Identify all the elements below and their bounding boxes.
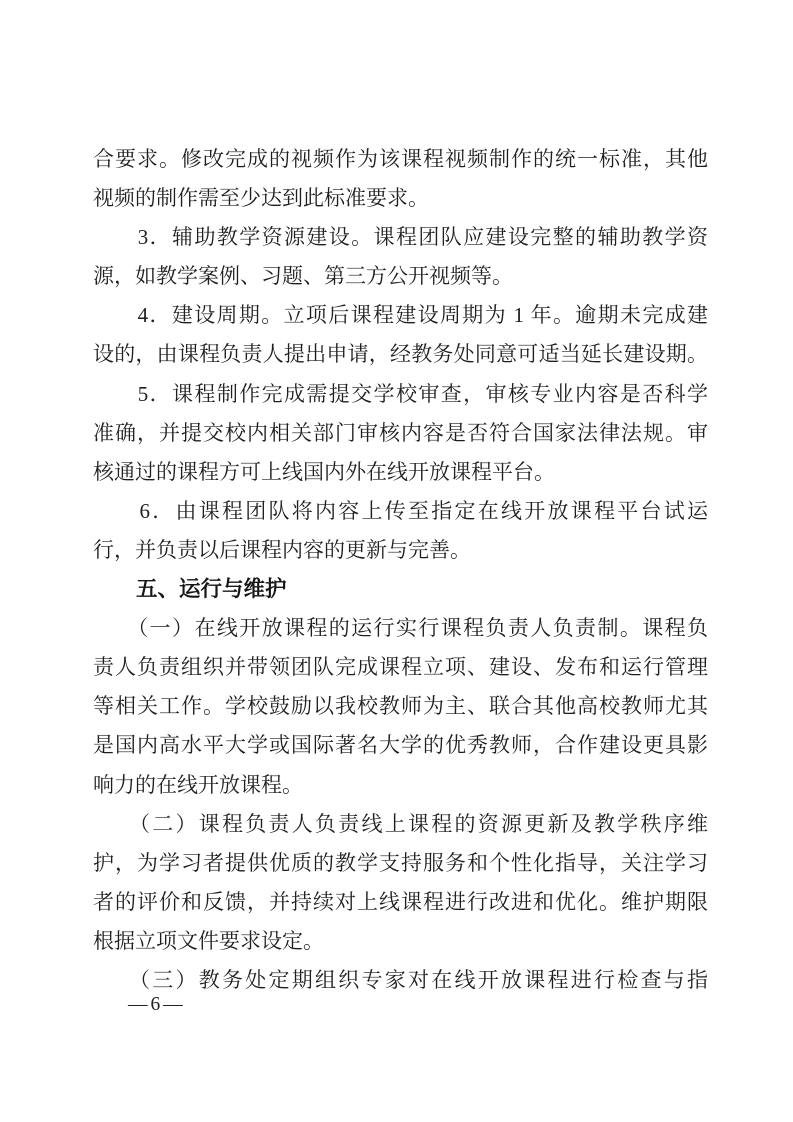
text-line: 合要求。修改完成的视频作为该课程视频制作的统一标准，其他 — [93, 140, 708, 179]
text-line: 4．建设周期。立项后课程建设周期为 1 年。逾期未完成建 — [93, 296, 708, 335]
text-line: 源，如教学案例、习题、第三方公开视频等。 — [93, 257, 708, 296]
text-line: 责人负责组织并带领团队完成课程立项、建设、发布和运行管理 — [93, 648, 708, 687]
text-line: 核通过的课程方可上线国内外在线开放课程平台。 — [93, 453, 708, 492]
text-line: 3．辅助教学资源建设。课程团队应建设完整的辅助教学资 — [93, 218, 708, 257]
text-line: 是国内高水平大学或国际著名大学的优秀教师，合作建设更具影 — [93, 726, 708, 765]
text-line: （二）课程负责人负责线上课程的资源更新及教学秩序维 — [93, 805, 708, 844]
text-line: 响力的在线开放课程。 — [93, 766, 708, 805]
text-line: 视频的制作需至少达到此标准要求。 — [93, 179, 708, 218]
text-line: 护，为学习者提供优质的教学支持服务和个性化指导，关注学习 — [93, 844, 708, 883]
text-line: （一）在线开放课程的运行实行课程负责人负责制。课程负 — [93, 609, 708, 648]
text-line: 设的，由课程负责人提出申请，经教务处同意可适当延长建设期。 — [93, 335, 708, 374]
text-line: 者的评价和反馈，并持续对上线课程进行改进和优化。维护期限 — [93, 883, 708, 922]
text-line: 5．课程制作完成需提交学校审查，审核专业内容是否科学 — [93, 375, 708, 414]
text-line: 准确，并提交校内相关部门审核内容是否符合国家法律法规。审 — [93, 414, 708, 453]
document-page: 合要求。修改完成的视频作为该课程视频制作的统一标准，其他视频的制作需至少达到此标… — [0, 0, 793, 1122]
text-line: 等相关工作。学校鼓励以我校教师为主、联合其他高校教师尤其 — [93, 687, 708, 726]
text-line: 根据立项文件要求设定。 — [93, 922, 708, 961]
text-line: 6．由课程团队将内容上传至指定在线开放课程平台试运 — [93, 492, 708, 531]
document-body: 合要求。修改完成的视频作为该课程视频制作的统一标准，其他视频的制作需至少达到此标… — [93, 140, 708, 1000]
section-heading: 五、运行与维护 — [93, 570, 708, 609]
text-line: 行，并负责以后课程内容的更新与完善。 — [93, 531, 708, 570]
page-number: —6— — [128, 990, 186, 1020]
